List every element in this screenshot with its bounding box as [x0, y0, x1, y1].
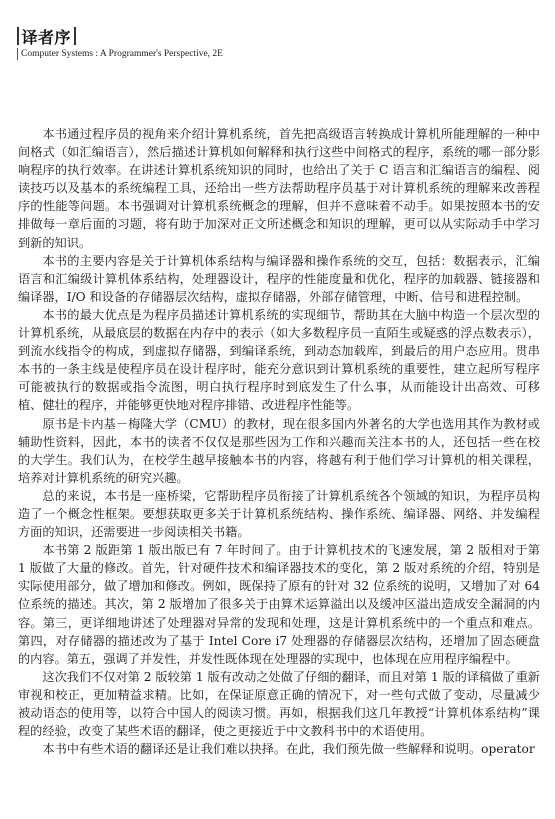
- paragraph: 总的来说，本书是一座桥梁，它帮助程序员衔接了计算机系统各个领域的知识，为程序员构…: [18, 487, 540, 541]
- title-row: 译者序: [17, 26, 223, 46]
- paragraph: 本书的最大优点是为程序员描述计算机系统的实现细节，帮助其在大脑中构造一个层次型的…: [18, 306, 540, 415]
- subtitle-row: Computer Systems : A Programmer's Perspe…: [17, 47, 223, 60]
- paragraph: 本书第 2 版距第 1 版出版已有 7 年时间了。由于计算机技术的飞速发展，第 …: [18, 541, 540, 668]
- page-header: 译者序 Computer Systems : A Programmer's Pe…: [17, 26, 223, 60]
- paragraph: 本书的主要内容是关于计算机体系结构与编译器和操作系统的交互，包括：数据表示，汇编…: [18, 252, 540, 306]
- book-subtitle: Computer Systems : A Programmer's Perspe…: [21, 49, 223, 59]
- title-right-rule: [74, 27, 76, 45]
- paragraph: 本书通过程序员的视角来介绍计算机系统，首先把高级语言转换成计算机所能理解的一种中…: [18, 125, 540, 252]
- paragraph: 本书中有些术语的翻译还是让我们难以抉择。在此，我们预先做一些解释和说明。oper…: [18, 740, 540, 758]
- paragraph: 原书是卡内基－梅隆大学（CMU）的教材，现在很多国内外著名的大学也选用其作为教材…: [18, 415, 540, 487]
- paragraph: 这次我们不仅对第 2 版较第 1 版有改动之处做了仔细的翻译，而且对第 1 版的…: [18, 668, 540, 740]
- subtitle-rule: [17, 48, 18, 60]
- page-title: 译者序: [19, 25, 75, 48]
- body-text: 本书通过程序员的视角来介绍计算机系统，首先把高级语言转换成计算机所能理解的一种中…: [18, 125, 540, 758]
